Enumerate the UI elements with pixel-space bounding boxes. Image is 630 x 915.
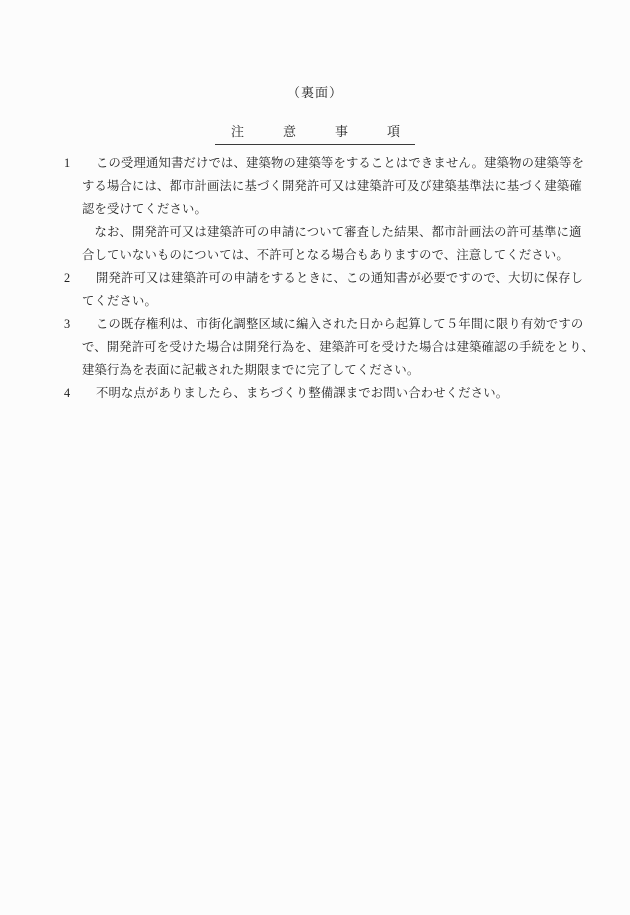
notice-item-4: 4 不明な点がありましたら、まちづくり整備課までお問い合わせください。 [64, 382, 584, 405]
item-number: 1 [64, 152, 82, 175]
notice-line: なお、開発許可又は建築許可の申請について審査した結果、都市計画法の許可基準に適 [82, 221, 584, 244]
notes-heading: 注 意 事 項 [215, 121, 415, 145]
notice-line: 不明な点がありましたら、まちづくり整備課までお問い合わせください。 [82, 382, 584, 405]
notice-line: 合していないものについては、不許可となる場合もありますので、注意してください。 [82, 244, 584, 267]
notice-item-2: 2 開発許可又は建築許可の申請をするときに、この通知書が必要ですので、大切に保存… [64, 267, 584, 313]
notice-line: 認を受けてください。 [82, 198, 584, 221]
heading-wrap: 注 意 事 項 [0, 121, 630, 145]
item-number: 2 [64, 267, 82, 290]
document-page: （裏面） 注 意 事 項 1 この受理通知書だけでは、建築物の建築等をすることは… [0, 0, 630, 915]
notice-line: この受理通知書だけでは、建築物の建築等をすることはできません。建築物の建築等を [82, 152, 584, 175]
notice-item-1: 1 この受理通知書だけでは、建築物の建築等をすることはできません。建築物の建築等… [64, 152, 584, 267]
notice-item-3: 3 この既存権利は、市街化調整区域に編入された日から起算して５年間に限り有効です… [64, 313, 584, 382]
notes-list: 1 この受理通知書だけでは、建築物の建築等をすることはできません。建築物の建築等… [64, 152, 584, 405]
notice-line: この既存権利は、市街化調整区域に編入された日から起算して５年間に限り有効ですの [82, 313, 584, 336]
notice-line: で、開発許可を受けた場合は開発行為を、建築許可を受けた場合は建築確認の手続をとり… [82, 336, 584, 359]
item-number: 3 [64, 313, 82, 336]
notice-line: てください。 [82, 290, 584, 313]
notice-line: 開発許可又は建築許可の申請をするときに、この通知書が必要ですので、大切に保存し [82, 267, 584, 290]
back-side-label: （裏面） [0, 82, 630, 101]
notice-line: 建築行為を表面に記載された期限までに完了してください。 [82, 359, 584, 382]
notice-line: する場合には、都市計画法に基づく開発許可又は建築許可及び建築基準法に基づく建築確 [82, 175, 584, 198]
item-number: 4 [64, 382, 82, 405]
